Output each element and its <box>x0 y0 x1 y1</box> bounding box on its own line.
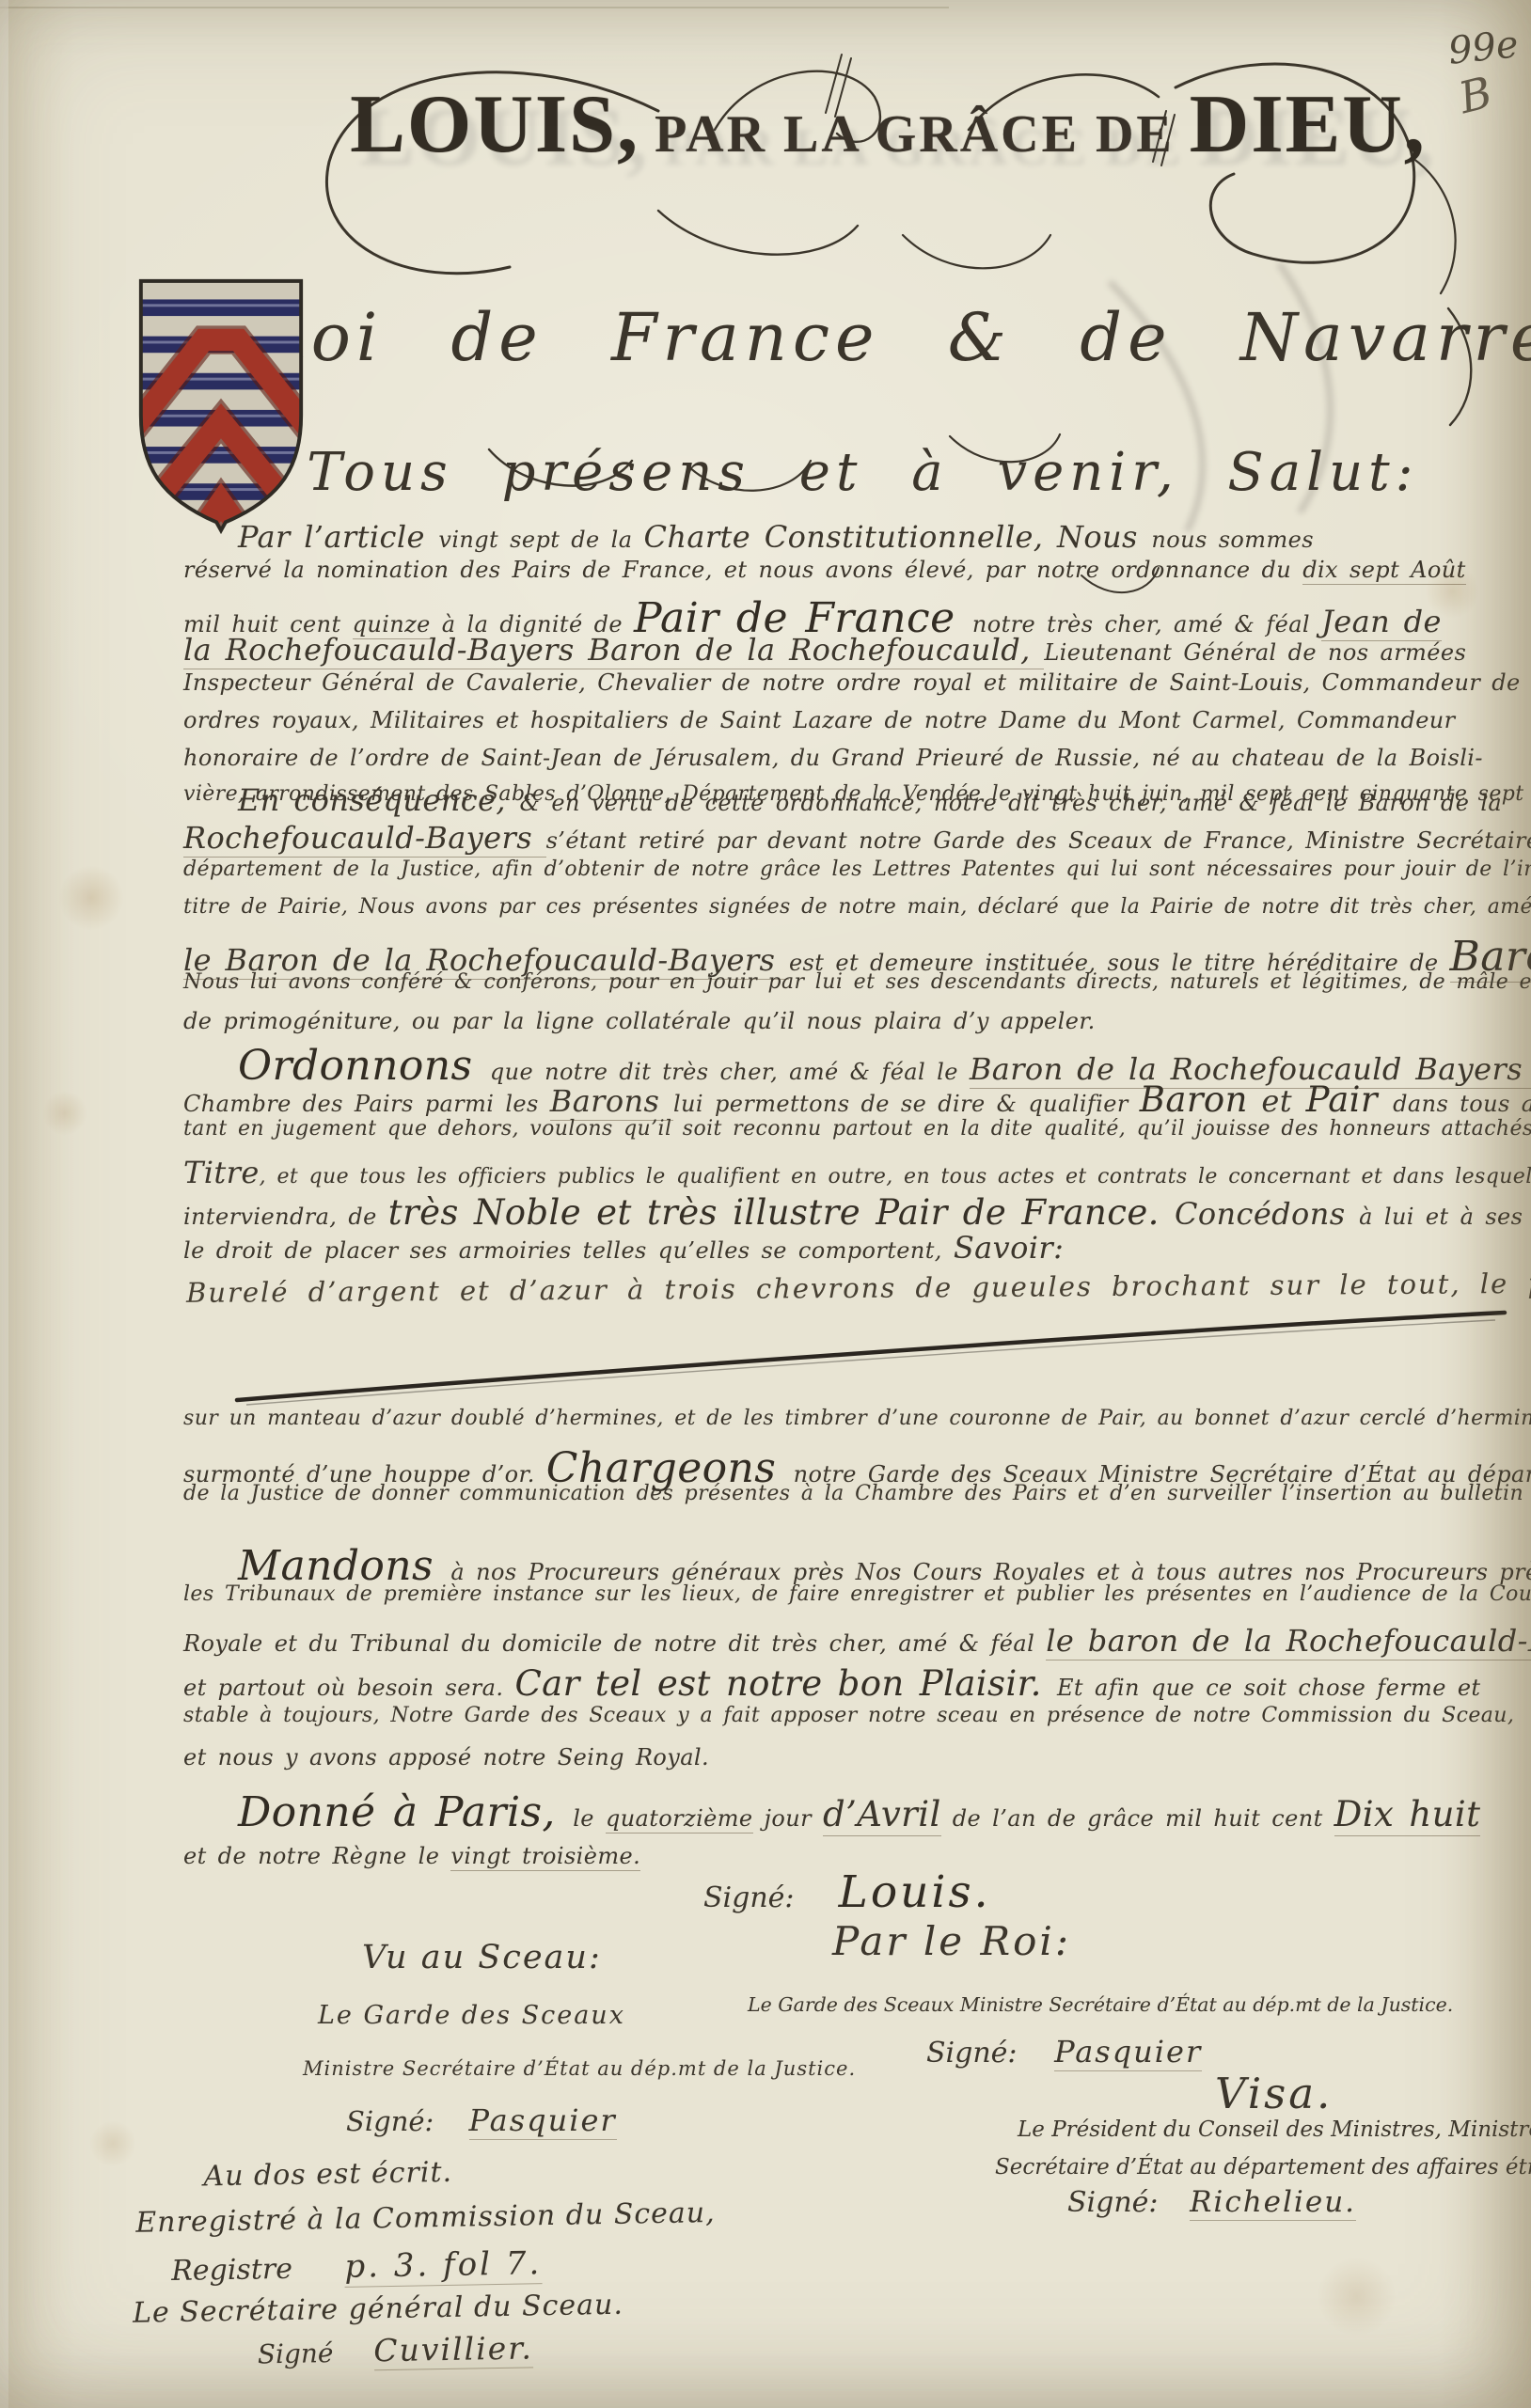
stain <box>42 1091 87 1136</box>
stain <box>58 865 124 931</box>
text-segment: réservé la nomination des Pairs de Franc… <box>183 557 1302 583</box>
signature-label: Signé <box>258 2337 334 2369</box>
text-segment: , et que tous les officiers publics le q… <box>260 1165 1531 1188</box>
stain <box>1317 2257 1397 2337</box>
text-segment: Donné à Paris, <box>238 1788 573 1836</box>
text-segment: et nous y avons apposé notre Seing Royal… <box>183 1744 709 1771</box>
verso-signature: Signé Cuvillier. <box>257 2329 533 2370</box>
text-segment: le droit de placer ses armoiries telles … <box>183 1237 954 1264</box>
manuscript-line: sur un manteau d’azur doublé d’hermines,… <box>183 1407 1500 1444</box>
text-segment: sur un manteau d’azur doublé d’hermines,… <box>183 1407 1531 1430</box>
text-segment: stable à toujours, Notre Garde des Sceau… <box>183 1704 1514 1727</box>
manuscript-line: Rochefoucauld-Bayers s’étant retiré par … <box>183 820 1500 858</box>
text-segment: ordres royaux, Militaires et hospitalier… <box>183 707 1456 733</box>
stain <box>89 2120 136 2167</box>
text-segment: Chambre des Pairs parmi les <box>183 1091 550 1117</box>
subtitle-roi-de-france: Roi de France & de Navarre, <box>256 299 1507 376</box>
text-segment: interviendra, de <box>183 1204 388 1230</box>
manuscript-line: interviendra, de très Noble et très illu… <box>183 1192 1500 1230</box>
signature-label: Signé: <box>926 2037 1018 2070</box>
text-segment: de l’an de grâce mil huit cent <box>941 1805 1334 1832</box>
text-segment: Rochefoucauld-Bayers <box>183 820 546 858</box>
salutation-line: A Tous présens et à venir, Salut: <box>214 442 1419 503</box>
text-segment: nous sommes <box>1151 527 1314 553</box>
text-segment: Savoir: <box>954 1230 1064 1266</box>
text-segment: Inspecteur Général de Cavalerie, Chevali… <box>183 669 1531 696</box>
text-segment: et de notre Règne le <box>183 1843 450 1869</box>
manuscript-line: honoraire de l’ordre de Saint-Jean de Jé… <box>183 745 1500 782</box>
text-segment: à nos Procureurs généraux près Nos Cours… <box>450 1559 1531 1585</box>
manuscript-line: Royale et du Tribunal du domicile de not… <box>183 1623 1500 1663</box>
manuscript-line: département de la Justice, afin d’obteni… <box>183 858 1500 895</box>
text-segment: Titre <box>183 1155 260 1190</box>
text-segment: dix sept Août <box>1302 557 1465 585</box>
text-segment: vingt sept de la <box>438 527 643 553</box>
seal-left-heading: Vu au Sceau: <box>362 1939 602 1976</box>
text-segment: vingt troisième. <box>450 1843 640 1871</box>
text-segment: Et afin que ce soit chose ferme et <box>1057 1675 1480 1701</box>
text-segment: Royale et du Tribunal du domicile de not… <box>183 1630 1046 1657</box>
text-segment: & en vertu de cette ordonnance, notre di… <box>520 790 1503 816</box>
signature-name-cuvillier: Cuvillier. <box>373 2329 533 2370</box>
manuscript-line: stable à toujours, Notre Garde des Sceau… <box>183 1704 1500 1744</box>
title-word-middle: PAR LA GRÂCE DE <box>655 104 1175 165</box>
text-segment: les Tribunaux de première instance sur l… <box>183 1582 1531 1606</box>
body-paragraph-2: En conséquence, & en vertu de cette ordo… <box>183 782 1500 1046</box>
signature-label: Signé: <box>1067 2186 1159 2219</box>
text-segment: d’Avril <box>823 1794 941 1836</box>
seal-left-line2: Ministre Secrétaire d’État au dép.mt de … <box>303 2057 856 2080</box>
text-segment: le baron de la Rochefoucauld-Bayers <box>1046 1623 1531 1660</box>
manuscript-line: Par l’article vingt sept de la Charte Co… <box>183 519 1500 557</box>
king-right-line1: Le Garde des Sceaux Ministre Secrétaire … <box>748 1993 1453 2016</box>
text-segment: En conséquence, <box>238 782 520 818</box>
seal-left-signature: Signé: Pasquier <box>346 2102 617 2138</box>
text-segment: quatorzième <box>606 1805 753 1834</box>
text-segment: Dix huit <box>1334 1794 1481 1836</box>
manuscript-line: de primogéniture, ou par la ligne collat… <box>183 1008 1500 1046</box>
manuscript-line: les Tribunaux de première instance sur l… <box>183 1582 1500 1623</box>
manuscript-line: Mandons à nos Procureurs généraux près N… <box>183 1542 1500 1582</box>
text-segment: s’étant retiré par devant notre Garde de… <box>546 827 1531 854</box>
text-segment: titre de Pairie, Nous avons par ces prés… <box>183 895 1531 919</box>
manuscript-line: titre de Pairie, Nous avons par ces prés… <box>183 895 1500 933</box>
manuscript-line: Donné à Paris, le quatorzième jour d’Avr… <box>183 1788 1500 1843</box>
body-paragraph-1: Par l’article vingt sept de la Charte Co… <box>183 519 1500 820</box>
verso-line1: Au dos est écrit. <box>203 2156 452 2194</box>
signature-label: Signé: <box>703 1881 795 1914</box>
manuscript-line: Chambre des Pairs parmi les Barons lui p… <box>183 1079 1500 1117</box>
seal-left-line1: Le Garde des Sceaux <box>318 2001 625 2030</box>
register-value: p. 3. fol 7. <box>344 2244 543 2288</box>
verso-line2: Enregistré à la Commission du Sceau, <box>135 2196 716 2240</box>
text-segment: Lieutenant Général de nos armées <box>1044 639 1466 666</box>
text-segment: très Noble et très illustre Pair de Fran… <box>388 1192 1175 1233</box>
title-word-dieu: DIEU, <box>1190 77 1427 172</box>
verso-line3: Registre p. 3. fol 7. <box>171 2244 543 2289</box>
manuscript-line: Ordonnons que notre dit très cher, amé &… <box>183 1042 1500 1079</box>
text-segment: et <box>1248 1083 1306 1119</box>
signature-label: Signé: <box>346 2105 434 2137</box>
text-segment: Baron <box>1140 1079 1248 1120</box>
manuscript-line: En conséquence, & en vertu de cette ordo… <box>183 782 1500 820</box>
visa-line1: Le Président du Conseil des Ministres, M… <box>1018 2117 1531 2142</box>
king-right-heading: Par le Roi: <box>832 1918 1071 1964</box>
text-segment: à lui et à ses successeurs <box>1359 1204 1531 1230</box>
visa-line2: Secrétaire d’État au département des aff… <box>995 2155 1531 2180</box>
pen-stroke-separator <box>0 1298 1531 1420</box>
text-segment: Car tel est notre bon Plaisir. <box>514 1663 1057 1704</box>
coat-of-arms <box>134 275 308 537</box>
manuscript-line: et nous y avons apposé notre Seing Royal… <box>183 1744 1500 1785</box>
signature-name-pasquier: Pasquier <box>1054 2034 1202 2071</box>
text-segment: Pair <box>1306 1079 1394 1120</box>
manuscript-line: Titre, et que tous les officiers publics… <box>183 1155 1500 1192</box>
manuscript-line: ordres royaux, Militaires et hospitalier… <box>183 707 1500 745</box>
manuscript-line: Inspecteur Général de Cavalerie, Chevali… <box>183 669 1500 707</box>
text-segment: honoraire de l’ordre de Saint-Jean de Jé… <box>183 745 1483 771</box>
text-segment: Par l’article <box>238 519 438 555</box>
text-segment: Nous lui avons conféré & conférons, pour… <box>183 970 1531 994</box>
manuscript-page: 99e B LOUIS,PAR LA GRÂCE DEDIEU, LOUIS, … <box>0 0 1531 2408</box>
manuscript-line: le Baron de la Rochefoucauld-Bayers est … <box>183 933 1500 970</box>
manuscript-line: mil huit cent quinze à la dignité de Pai… <box>183 594 1500 632</box>
text-segment: de primogéniture, ou par la ligne collat… <box>183 1008 1096 1034</box>
body-paragraph-3: Ordonnons que notre dit très cher, amé &… <box>183 1042 1500 1267</box>
king-right-signature: Signé: Pasquier <box>926 2034 1202 2070</box>
verso-line4: Le Secrétaire général du Sceau. <box>133 2289 623 2330</box>
royal-signature-name: Louis. <box>839 1866 991 1918</box>
text-segment: Nous <box>1057 519 1151 555</box>
visa-signature: Signé: Richelieu. <box>1067 2185 1356 2219</box>
manuscript-line: Nous lui avons conféré & conférons, pour… <box>183 970 1500 1008</box>
text-segment: Concédons <box>1175 1196 1359 1232</box>
text-segment: département de la Justice, afin d’obteni… <box>183 858 1531 881</box>
text-segment: le <box>573 1805 606 1832</box>
text-segment: Barons <box>550 1083 673 1121</box>
manuscript-line: réservé la nomination des Pairs de Franc… <box>183 557 1500 594</box>
text-segment: de la Justice de donner communication de… <box>183 1482 1531 1505</box>
text-segment: dans tous actes et contrats, <box>1393 1091 1531 1117</box>
document-title: LOUIS, PAR LA GRÂCE DE DIEU, <box>359 77 1417 172</box>
folio-number: 99e <box>1446 23 1521 73</box>
text-segment: Charte Constitutionnelle, <box>643 519 1056 555</box>
body-paragraph-4: sur un manteau d’azur doublé d’hermines,… <box>183 1407 1500 1519</box>
text-segment: lui permettons de se dire & qualifier <box>673 1091 1140 1117</box>
text-segment: tant en jugement que dehors, voulons qu’… <box>183 1117 1531 1141</box>
manuscript-line: de la Justice de donner communication de… <box>183 1482 1500 1519</box>
text-segment: la Rochefoucauld-Bayers Baron de la Roch… <box>183 632 1044 669</box>
manuscript-line: la Rochefoucauld-Bayers Baron de la Roch… <box>183 632 1500 669</box>
signature-name-richelieu: Richelieu. <box>1190 2185 1356 2221</box>
manuscript-line: tant en jugement que dehors, voulons qu’… <box>183 1117 1500 1155</box>
title-word-louis: LOUIS, <box>350 77 639 172</box>
manuscript-line: le droit de placer ses armoiries telles … <box>183 1230 1500 1267</box>
royal-signature: Signé: Louis. <box>703 1866 991 1918</box>
visa-heading: Visa. <box>1215 2069 1333 2118</box>
register-label: Registre <box>171 2253 292 2288</box>
text-segment: jour <box>753 1805 823 1832</box>
body-paragraph-5: Mandons à nos Procureurs généraux près N… <box>183 1542 1500 1785</box>
manuscript-line: surmonté d’une houppe d’or. Chargeons no… <box>183 1444 1500 1482</box>
signature-name-pasquier: Pasquier <box>469 2102 617 2140</box>
manuscript-line: et partout où besoin sera. Car tel est n… <box>183 1663 1500 1704</box>
text-segment: et partout où besoin sera. <box>183 1675 514 1701</box>
